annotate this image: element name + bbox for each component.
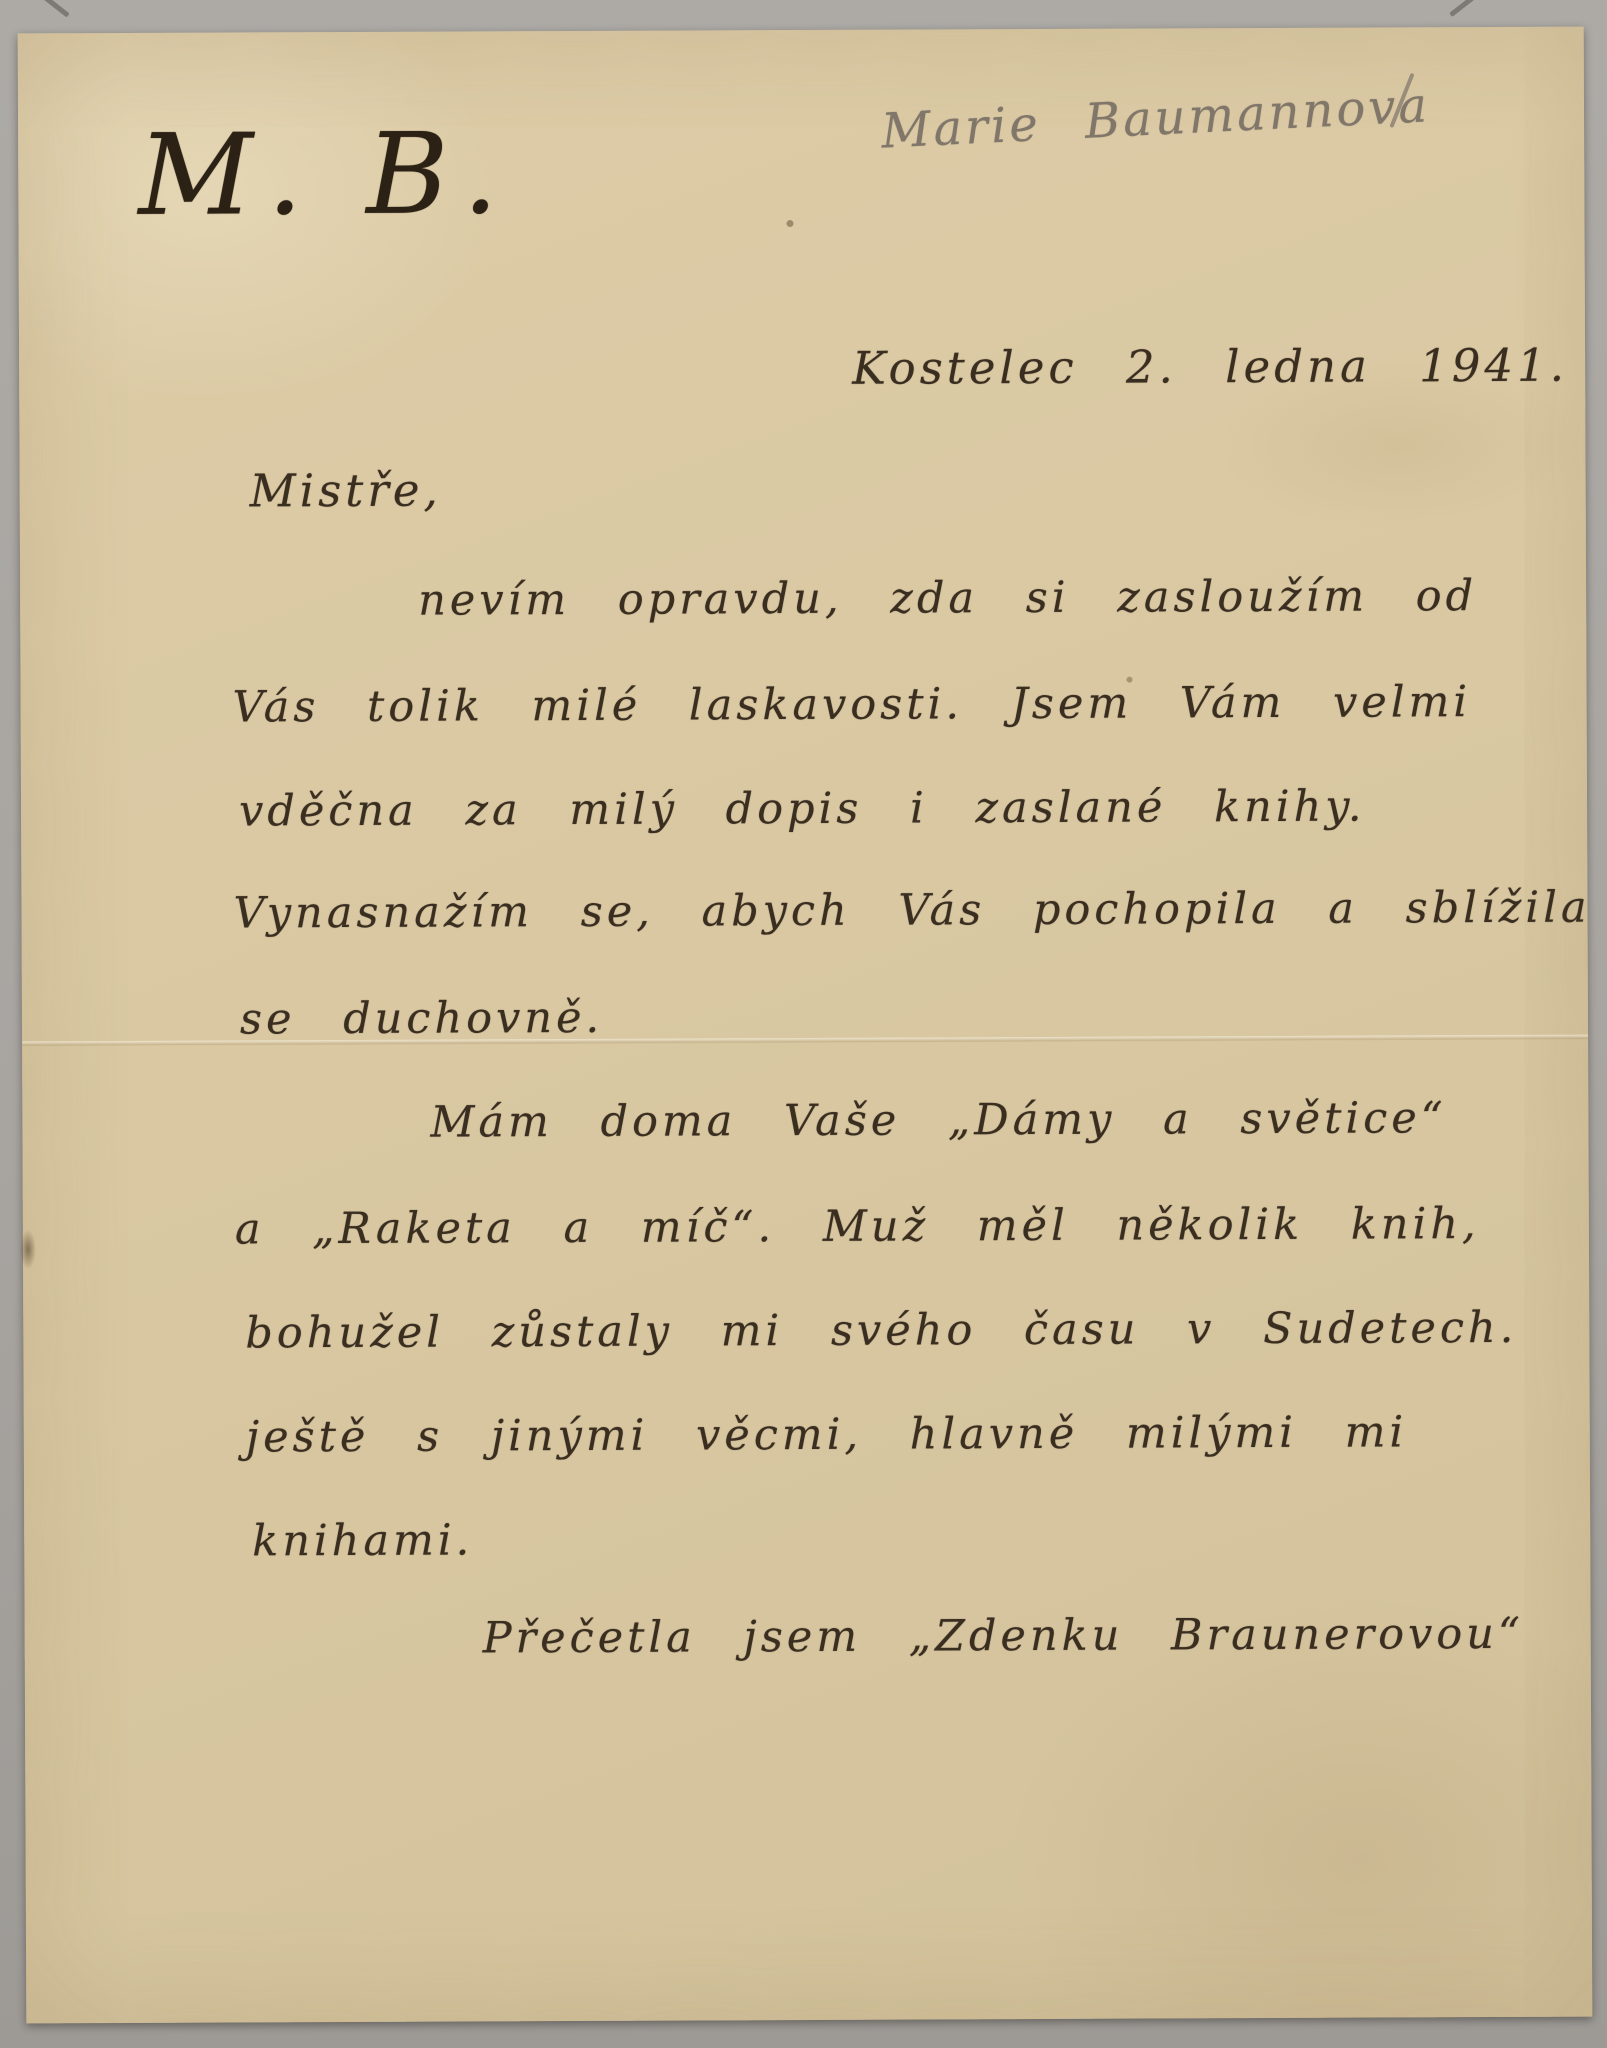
paper-speck	[1126, 677, 1132, 683]
letter-line: se duchovně.	[240, 993, 603, 1045]
scanner-corner-mark-left	[38, 0, 69, 18]
letter-line: Mám doma Vaše „Dámy a světice“	[430, 1093, 1447, 1147]
letter-line: Vynasnažím se, abych Vás pochopila a sbl…	[233, 883, 1590, 939]
letter-line: knihami.	[252, 1515, 473, 1566]
ink-blot	[20, 1229, 36, 1269]
letter-line: Vás tolik milé laskavosti. Jsem Vám velm…	[233, 677, 1472, 732]
letter-line: vděčna za milý dopis i zaslané knihy.	[239, 782, 1366, 837]
salutation: Mistře,	[250, 464, 442, 518]
letter-page: Marie Baumannova M. B. Kostelec 2. ledna…	[18, 27, 1593, 2024]
letter-line: Přečetla jsem „Zdenku Braunerovou“	[483, 1609, 1524, 1664]
dateline: Kostelec 2. ledna 1941.	[852, 339, 1568, 395]
letter-line: ještě s jinými věcmi, hlavně milými mi	[246, 1407, 1408, 1462]
paper-speck	[786, 220, 793, 227]
letter-line: a „Raketa a míč“. Muž měl několik knih,	[235, 1199, 1480, 1254]
letter-line: nevím opravdu, zda si zasloužím od	[418, 571, 1477, 626]
scanner-corner-mark-right	[1449, 0, 1487, 17]
monogram-letterhead: M. B.	[138, 109, 512, 241]
scan-background: Marie Baumannova M. B. Kostelec 2. ledna…	[0, 0, 1607, 2048]
letter-line: bohužel zůstaly mi svého času v Sudetech…	[245, 1303, 1517, 1359]
pencil-annotation: Marie Baumannova	[880, 77, 1431, 159]
